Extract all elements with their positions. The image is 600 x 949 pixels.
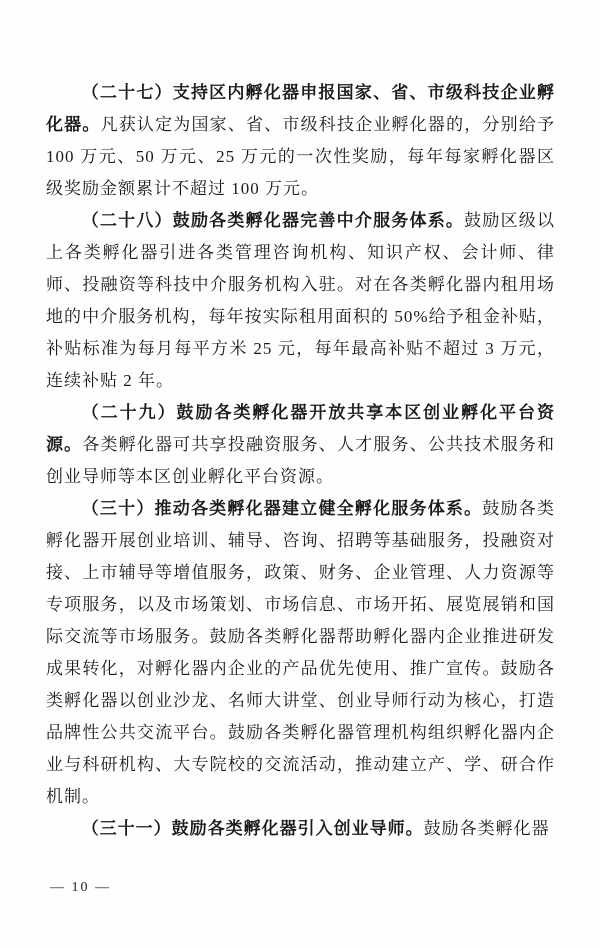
clause-body: 鼓励各类孵化器 — [424, 819, 550, 838]
document-page: （二十七）支持区内孵化器申报国家、省、市级科技企业孵化器。凡获认定为国家、省、市… — [0, 0, 600, 949]
clause-heading: （三十一）鼓励各类孵化器引入创业导师。 — [82, 819, 424, 838]
paragraph-clause-30: （三十）推动各类孵化器建立健全孵化服务体系。鼓励各类孵化器开展创业培训、辅导、咨… — [46, 493, 555, 813]
clause-body: 各类孵化器可共享投融资服务、人才服务、公共技术服务和创业导师等本区创业孵化平台资… — [46, 435, 555, 486]
clause-heading: （三十）推动各类孵化器建立健全孵化服务体系。 — [82, 499, 483, 518]
paragraph-clause-28: （二十八）鼓励各类孵化器完善中介服务体系。鼓励区级以上各类孵化器引进各类管理咨询… — [46, 205, 555, 397]
clause-body: 鼓励区级以上各类孵化器引进各类管理咨询机构、知识产权、会计师、律师、投融资等科技… — [46, 211, 555, 390]
clause-body: 凡获认定为国家、省、市级科技企业孵化器的，分别给予 100 万元、50 万元、2… — [46, 115, 555, 198]
paragraph-clause-27: （二十七）支持区内孵化器申报国家、省、市级科技企业孵化器。凡获认定为国家、省、市… — [46, 77, 555, 205]
clause-body: 鼓励各类孵化器开展创业培训、辅导、咨询、招聘等基础服务，投融资对接、上市辅导等增… — [46, 499, 555, 806]
page-number: — 10 — — [50, 880, 111, 896]
paragraph-clause-31: （三十一）鼓励各类孵化器引入创业导师。鼓励各类孵化器 — [46, 813, 555, 845]
document-body: （二十七）支持区内孵化器申报国家、省、市级科技企业孵化器。凡获认定为国家、省、市… — [46, 77, 555, 845]
clause-heading: （二十八）鼓励各类孵化器完善中介服务体系。 — [82, 211, 464, 230]
paragraph-clause-29: （二十九）鼓励各类孵化器开放共享本区创业孵化平台资源。各类孵化器可共享投融资服务… — [46, 397, 555, 493]
